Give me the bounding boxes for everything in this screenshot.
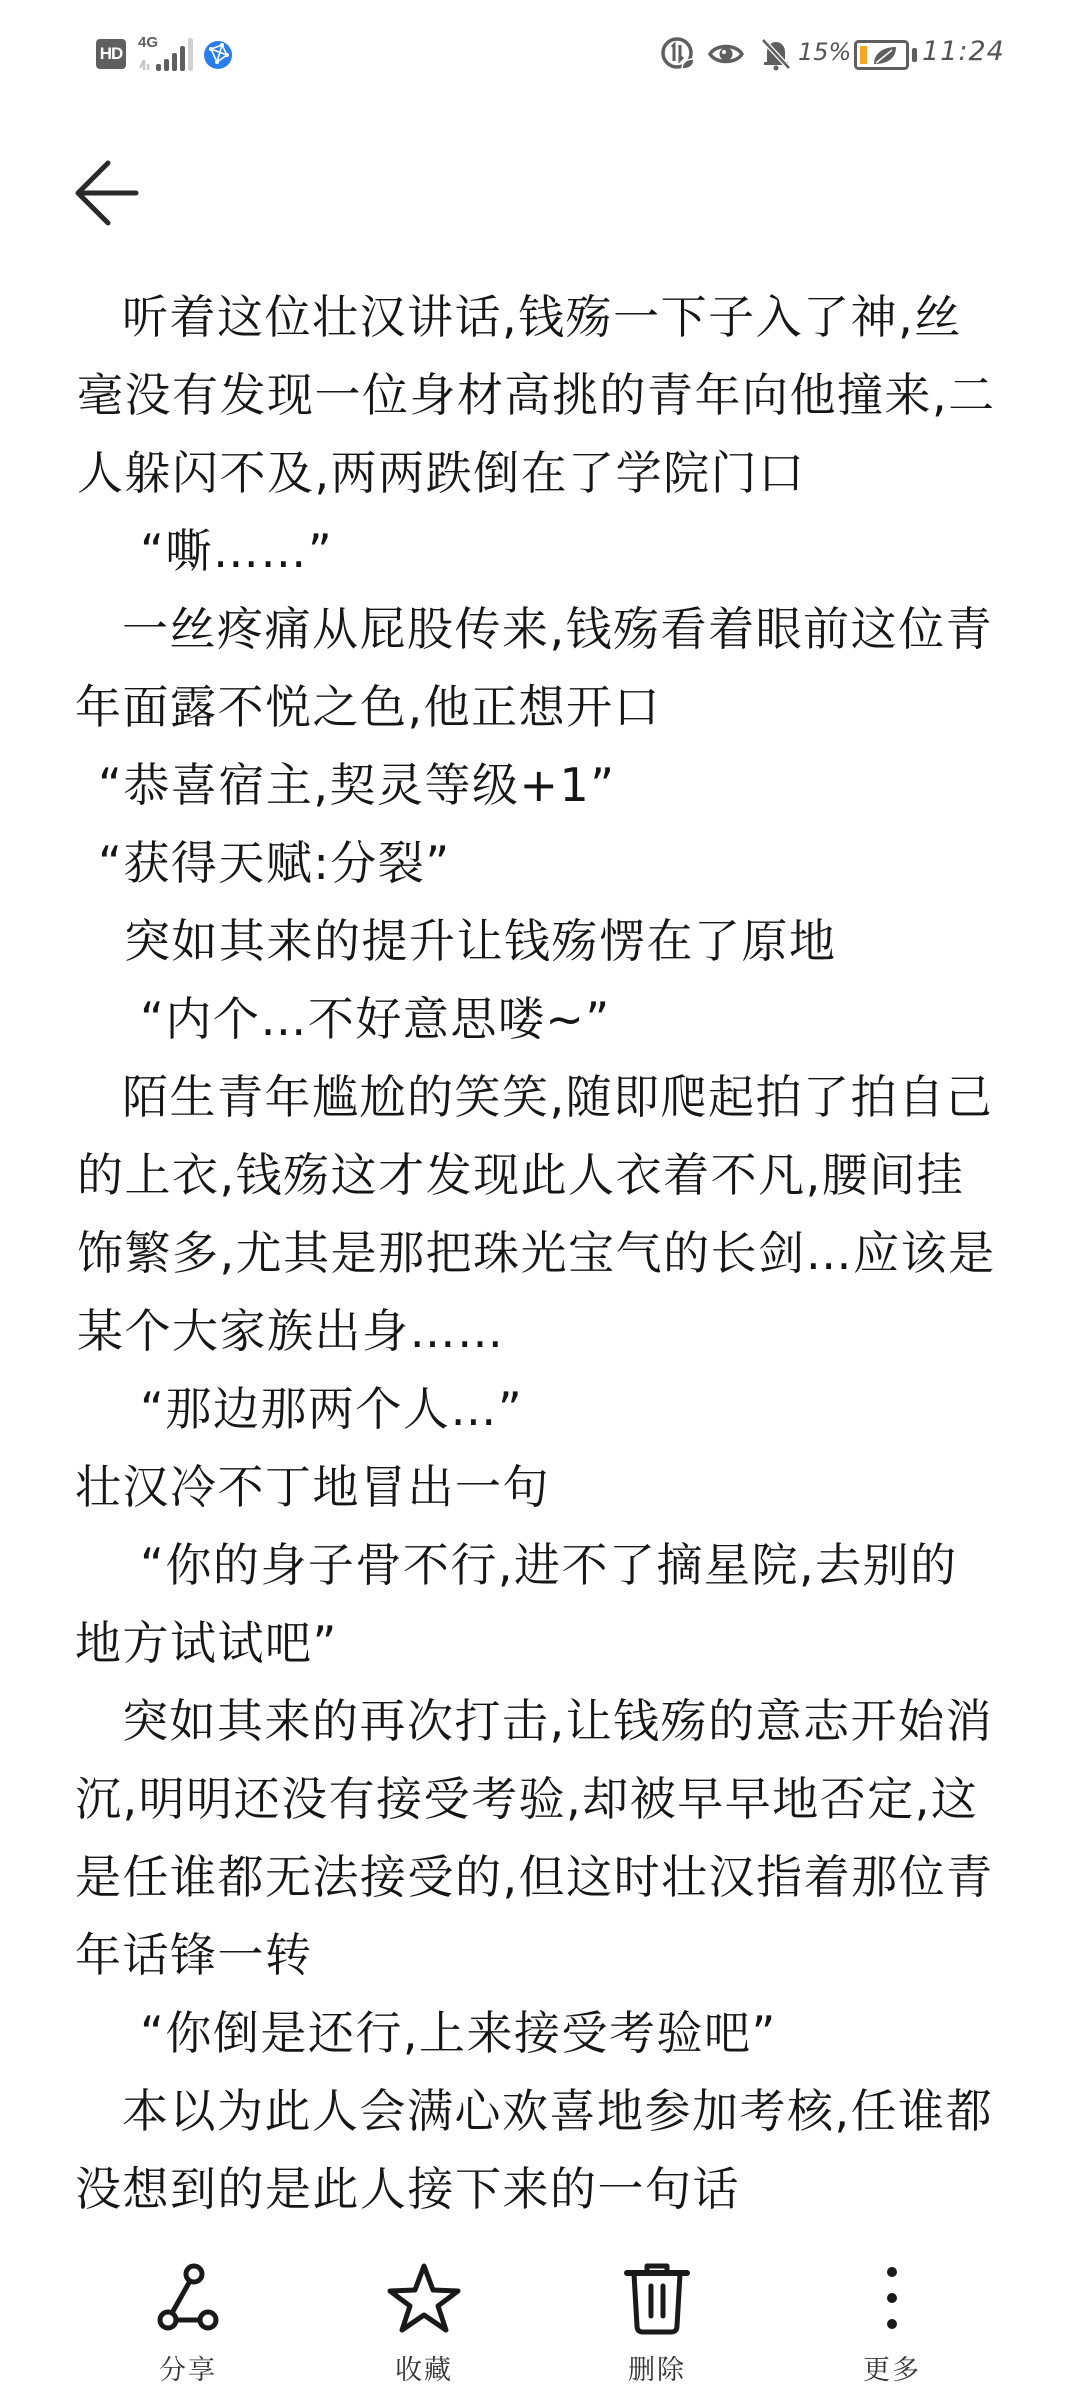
text-line: 是任谁都无法接受的,但这时壮汉指着那位青 <box>75 1838 994 1916</box>
battery-saver-icon <box>854 40 920 70</box>
text-line: 饰繁多,尤其是那把珠光宝气的长剑…应该是 <box>77 1214 996 1292</box>
text-line: “获得天赋:分裂” <box>98 824 451 902</box>
more-label: 更多 <box>812 2348 972 2387</box>
text-line: 年话锋一转 <box>75 1916 313 1994</box>
arrow-left-icon <box>70 155 142 227</box>
bell-muted-icon <box>758 36 794 72</box>
text-line: 突如其来的再次打击,让钱殇的意志开始消 <box>122 1682 993 1760</box>
text-line: 本以为此人会满心欢喜地参加考核,任谁都 <box>122 2072 993 2150</box>
text-line: 人躲闪不及,两两跌倒在了学院门口 <box>77 434 806 512</box>
more-button[interactable]: 更多 <box>812 2250 972 2390</box>
delete-button[interactable]: 删除 <box>577 2250 737 2390</box>
back-button[interactable] <box>70 155 142 227</box>
eye-comfort-icon <box>708 36 744 72</box>
text-line: 没想到的是此人接下来的一句话 <box>75 2150 740 2228</box>
status-bar: HD 4G 15% <box>0 0 1080 110</box>
delete-label: 删除 <box>577 2348 737 2387</box>
data-saver-icon <box>660 36 696 72</box>
text-line: 年面露不悦之色,他正想开口 <box>75 668 661 746</box>
text-line: “你的身子骨不行,进不了摘星院,去别的 <box>140 1526 958 1604</box>
star-icon <box>384 2258 464 2338</box>
text-line: 毫没有发现一位身材高挑的青年向他撞来,二 <box>77 356 996 434</box>
globe-icon <box>203 40 233 70</box>
text-line: 壮汉冷不丁地冒出一句 <box>75 1448 550 1526</box>
share-label: 分享 <box>108 2348 268 2387</box>
text-line: 突如其来的提升让钱殇愣在了原地 <box>124 902 837 980</box>
bottom-action-bar: 分享 收藏 删除 更多 <box>0 2230 1080 2400</box>
text-line: 陌生青年尴尬的笑笑,随即爬起拍了拍自己 <box>122 1058 993 1136</box>
text-line: “内个…不好意思喽~” <box>140 980 611 1058</box>
more-vertical-icon <box>852 2258 932 2338</box>
favorite-button[interactable]: 收藏 <box>344 2250 504 2390</box>
share-icon <box>148 2258 228 2338</box>
signal-icon: 4G <box>136 34 196 74</box>
battery-percent: 15% <box>798 38 851 66</box>
share-button[interactable]: 分享 <box>108 2250 268 2390</box>
text-line: “嘶……” <box>140 512 333 590</box>
text-line: “你倒是还行,上来接受考验吧” <box>140 1994 777 2072</box>
text-line: 地方试试吧” <box>75 1604 338 1682</box>
trash-icon <box>617 2258 697 2338</box>
text-line: 的上衣,钱殇这才发现此人衣着不凡,腰间挂 <box>77 1136 964 1214</box>
text-line: “那边那两个人…” <box>140 1370 523 1448</box>
text-line: 沉,明明还没有接受考验,却被早早地否定,这 <box>75 1760 978 1838</box>
hd-icon: HD <box>96 39 126 69</box>
text-line: 听着这位壮汉讲话,钱殇一下子入了神,丝 <box>122 278 962 356</box>
text-line: “恭喜宿主,契灵等级+1” <box>98 746 616 824</box>
text-line: 一丝疼痛从屁股传来,钱殇看着眼前这位青 <box>122 590 993 668</box>
clock: 11:24 <box>922 36 1005 67</box>
reader-content[interactable]: 听着这位壮汉讲话,钱殇一下子入了神,丝毫没有发现一位身材高挑的青年向他撞来,二人… <box>0 278 1080 2230</box>
text-line: 某个大家族出身…… <box>77 1292 505 1370</box>
favorite-label: 收藏 <box>344 2348 504 2387</box>
